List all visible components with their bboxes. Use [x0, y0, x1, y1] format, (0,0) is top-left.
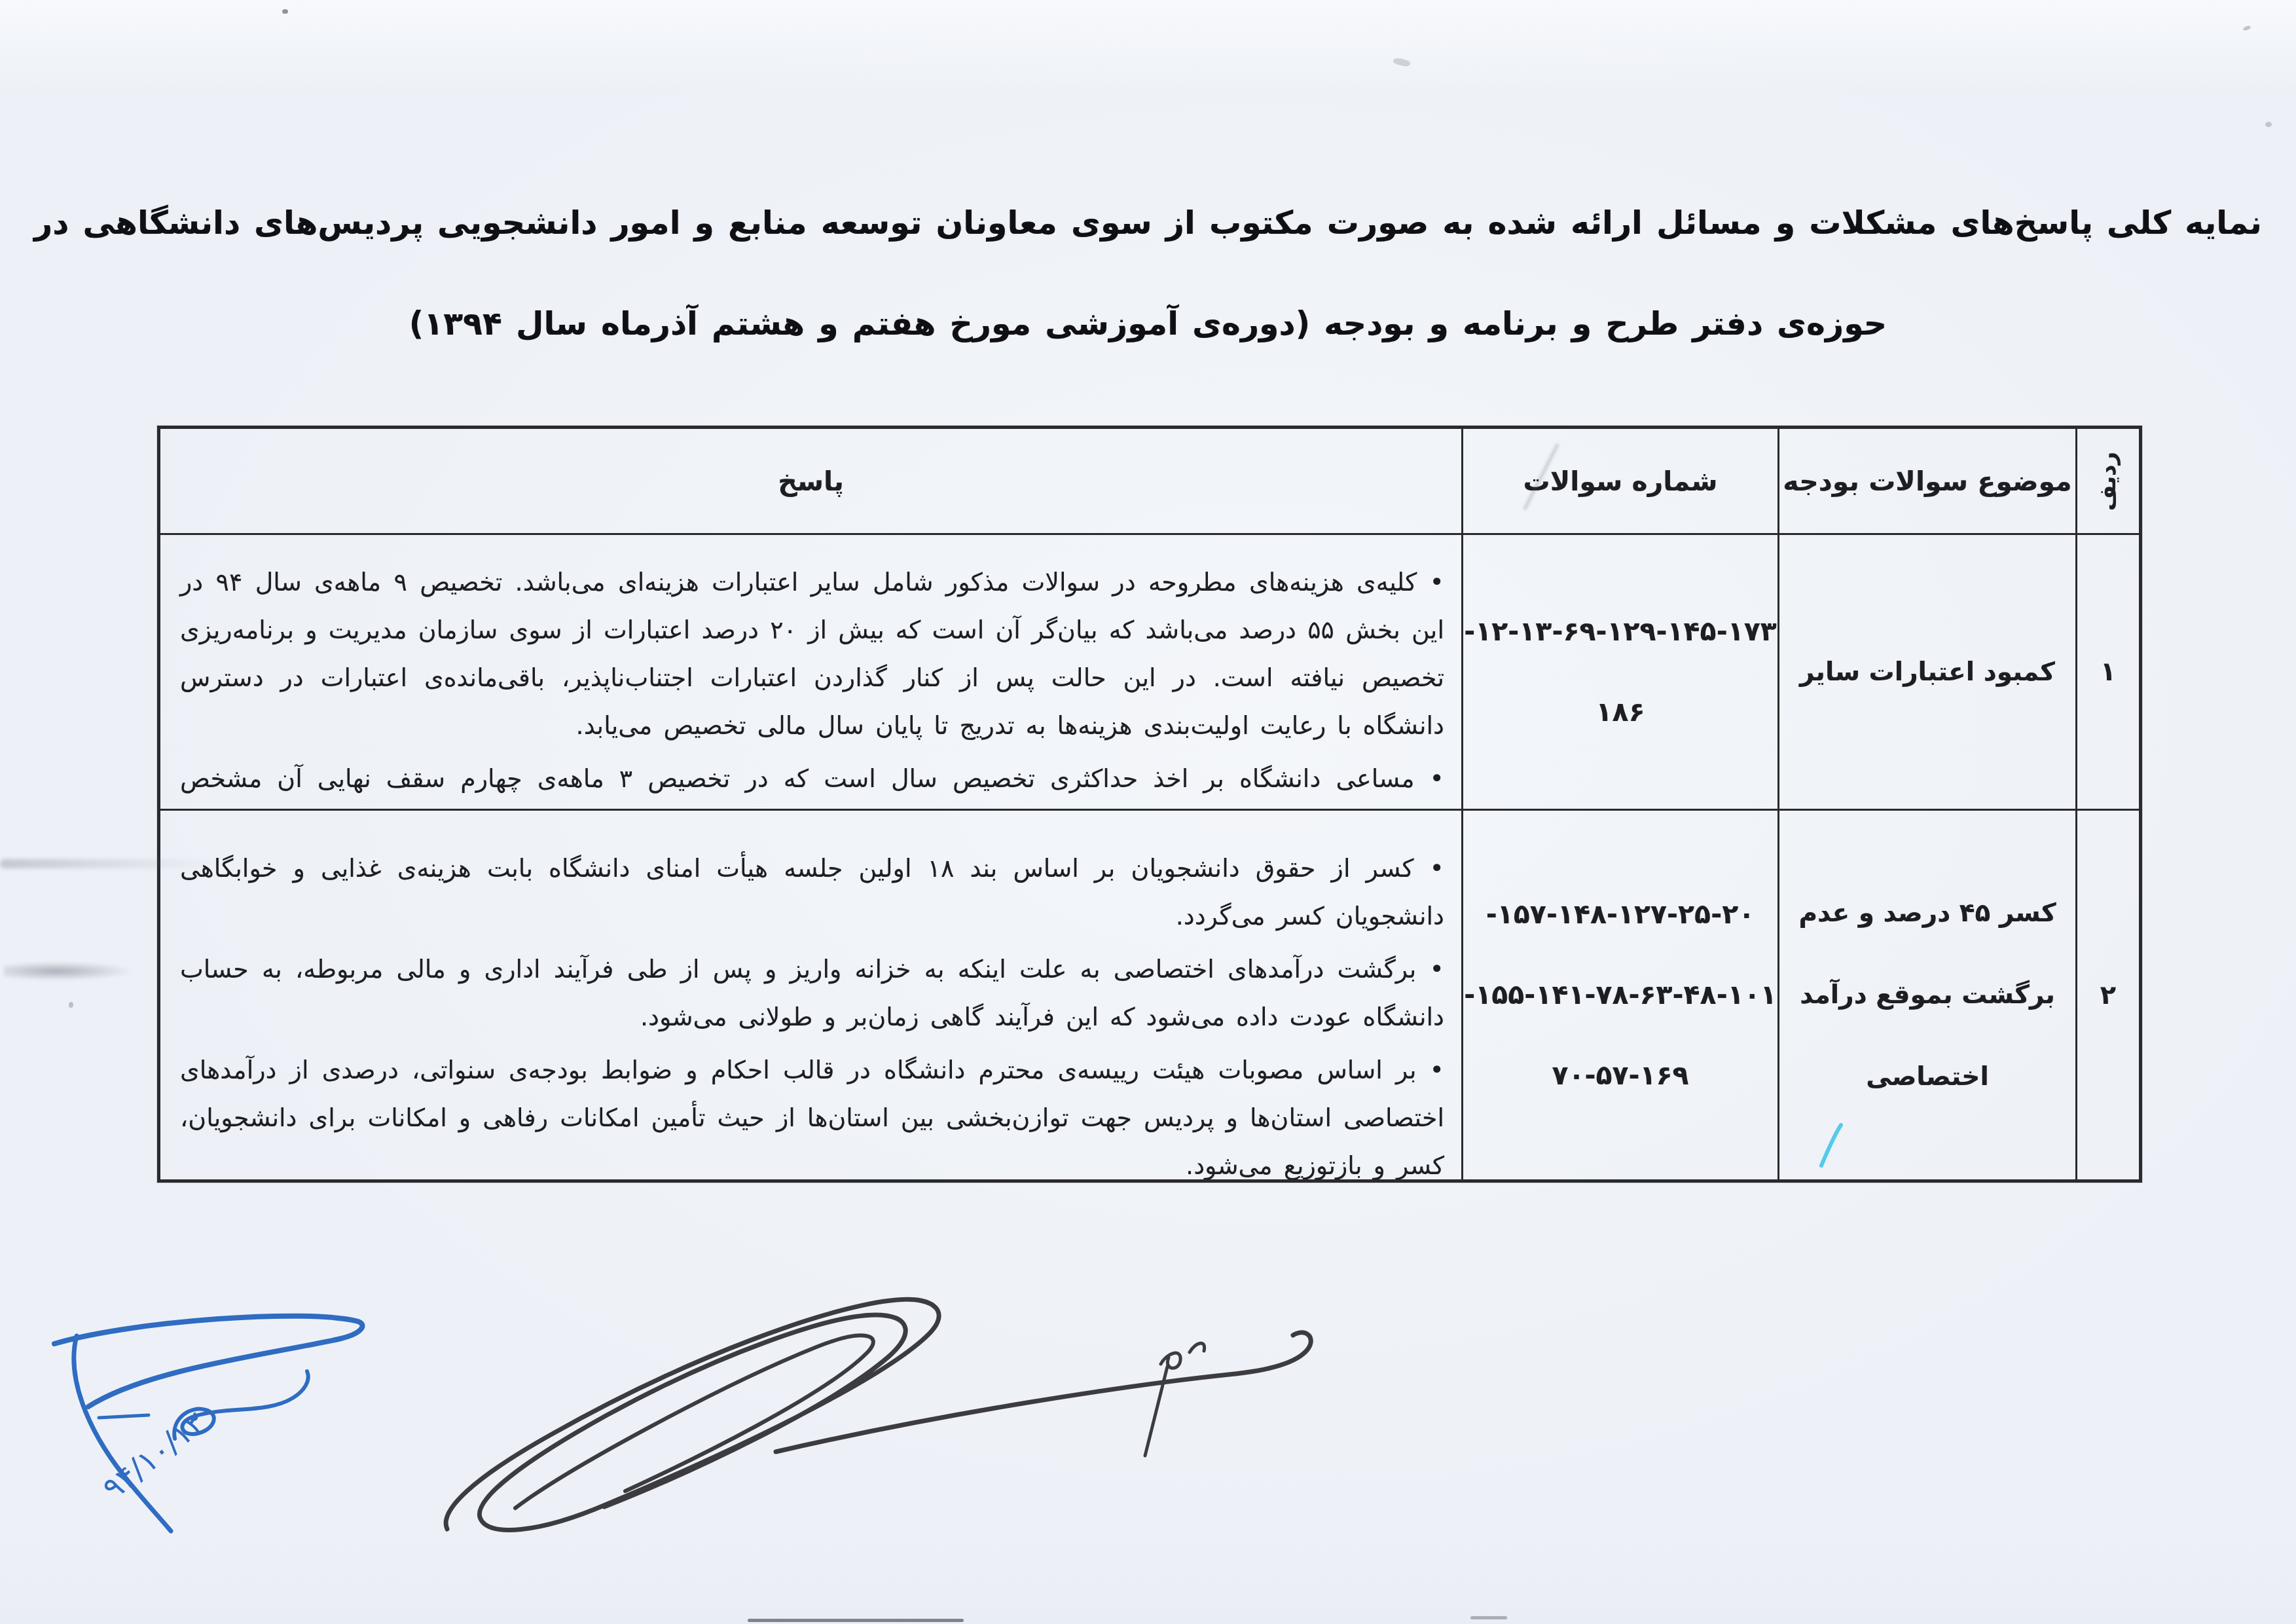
table-row-2-answer: • کسر از حقوق دانشجویان بر اساس بند ۱۸ ا…	[160, 811, 1461, 1179]
header-row-number-label: ردیف	[2095, 451, 2121, 510]
scribble-mini-squiggle-stroke	[1161, 1343, 1205, 1368]
document-title-line-1: نمایه کلی پاسخ‌های مشکلات و مسائل ارائه …	[0, 204, 2296, 242]
table-row-1-answer: • کلیه‌ی هزینه‌های مطروحه در سوالات مذکو…	[160, 535, 1461, 811]
header-subject: موضوع سوالات بودجه	[1777, 429, 2075, 535]
scan-speck	[2242, 25, 2251, 31]
scan-speck	[69, 1002, 73, 1008]
answer-bullet: • بر اساس مصوبات هیئت رییسه‌ی محترم دانش…	[180, 1046, 1444, 1179]
cyan-mark-stroke	[1821, 1125, 1841, 1166]
scan-smudge-artifact	[4, 961, 135, 981]
scan-edge-mark	[1470, 1616, 1507, 1619]
scribble-ink-black	[409, 1247, 1345, 1555]
signature-ink-blue: ۹۴/۱۰/۱۳	[36, 1257, 416, 1572]
answer-bullet: • کلیه‌ی هزینه‌های مطروحه در سوالات مذکو…	[180, 559, 1444, 750]
scan-speck	[1393, 57, 1411, 67]
signature-tick-stroke	[99, 1415, 149, 1418]
table-row-2-question-numbers: -۱۵۷-۱۴۸-۱۲۷-۲۵-۲۰ -۱۵۵-۱۴۱-۷۸-۶۳-۴۸-۱۰۱…	[1461, 811, 1777, 1179]
signature-date: ۹۴/۱۰/۱۳	[96, 1405, 213, 1507]
scanned-document-page: نمایه کلی پاسخ‌های مشکلات و مسائل ارائه …	[0, 0, 2296, 1624]
header-answer: پاسخ	[160, 429, 1461, 535]
header-row-number: ردیف	[2075, 429, 2139, 535]
table-row-2-number: ۲	[2075, 811, 2139, 1179]
black-pen-scribble	[409, 1247, 1345, 1555]
scan-edge-mark	[748, 1619, 964, 1622]
blue-pen-signature: ۹۴/۱۰/۱۳	[36, 1257, 416, 1572]
answer-bullet: • کسر از حقوق دانشجویان بر اساس بند ۱۸ ا…	[180, 845, 1444, 940]
scribble-slash-stroke	[1145, 1367, 1167, 1456]
scan-speck	[2265, 122, 2272, 127]
header-question-numbers: شماره سوالات	[1461, 429, 1777, 535]
document-title-line-2: حوزه‌ی دفتر طرح و برنامه و بودجه (دوره‌ی…	[0, 305, 2296, 342]
cyan-pen-mark	[1815, 1121, 1846, 1171]
table-row-1-number: ۱	[2075, 535, 2139, 811]
scribble-tail-stroke	[776, 1333, 1311, 1452]
table-row-1-subject: کمبود اعتبارات سایر	[1777, 535, 2075, 811]
table-row-1-question-numbers: -۱۲-۱۳-۶۹-۱۲۹-۱۴۵-۱۷۳ ۱۸۶	[1461, 535, 1777, 811]
answer-bullet: • برگشت درآمدهای اختصاصی به علت اینکه به…	[180, 946, 1444, 1041]
qa-table: ردیف موضوع سوالات بودجه شماره سوالات پاس…	[157, 426, 2142, 1183]
scan-speck	[282, 9, 288, 14]
answer-bullet: • مساعی دانشگاه بر اخذ حداکثری تخصیص سال…	[180, 755, 1444, 811]
signature-flag-stroke	[54, 1316, 363, 1407]
